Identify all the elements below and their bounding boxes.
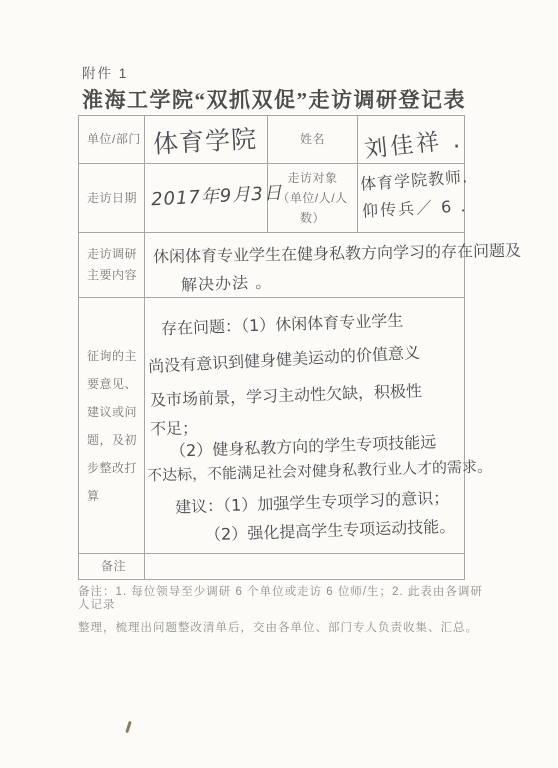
- registration-table: 单位/部门 体育学院 姓名 刘佳祥 . 走访日期 2017年9月3日 走访对象 …: [78, 115, 465, 580]
- table-row: 征询的主要意见、建议或问题，及初步整改打算 存在问题：（1）休闲体育专业学生 尚…: [79, 298, 465, 554]
- scanned-form-page: 附件 1 淮海工学院“双抓双促”走访调研登记表 单位/部门 体育学院 姓名 刘佳…: [0, 0, 558, 768]
- form-title: 淮海工学院“双抓双促”走访调研登记表: [76, 84, 472, 114]
- ink-speck: [125, 721, 132, 733]
- opinion-line: 不足；: [150, 416, 198, 440]
- opinion-line: （2）健身私教方向的学生专项技能远: [170, 429, 437, 461]
- opinion-line: 及市场前景，学习主动性欠缺，积极性: [150, 378, 423, 410]
- name-value-handwriting: 刘佳祥 .: [363, 121, 465, 164]
- content-value-line2: 解决办法 。: [181, 269, 273, 295]
- unit-value-cell: 体育学院: [145, 116, 268, 164]
- opinion-line: 存在问题：（1）休闲体育专业学生: [161, 308, 404, 339]
- footnote-line2: 整理，梳理出问题整改清单后，交由各单位、部门专人负责收集、汇总。: [78, 622, 490, 635]
- table-row: 走访日期 2017年9月3日 走访对象 （单位/人/人数） 体育学院教师. 仰传…: [79, 164, 465, 233]
- name-value-cell: 刘佳祥 .: [358, 116, 465, 164]
- unit-label: 单位/部门: [79, 116, 145, 164]
- target-label-sub: （单位/人/人数）: [277, 191, 347, 225]
- content-label: 走访调研主要内容: [79, 233, 145, 298]
- date-value-handwriting: 2017年9月3日: [150, 179, 283, 212]
- date-value-cell: 2017年9月3日: [145, 164, 268, 233]
- table-row: 单位/部门 体育学院 姓名 刘佳祥 .: [79, 116, 465, 164]
- target-label-main: 走访对象: [287, 171, 337, 185]
- remark-value-cell: [145, 554, 465, 580]
- opinion-label: 征询的主要意见、建议或问题，及初步整改打算: [79, 298, 145, 554]
- target-value-line1: 体育学院教师.: [359, 164, 468, 194]
- opinion-line: （2）强化提高学生专项运动技能。: [205, 514, 456, 546]
- content-value-line1: 休闲体育专业学生在健身私教方向学习的存在问题及: [153, 238, 521, 267]
- target-value-cell: 体育学院教师. 仰传兵／ 6 .: [358, 164, 465, 233]
- target-label: 走访对象 （单位/人/人数）: [268, 164, 358, 233]
- content-value-cell: 休闲体育专业学生在健身私教方向学习的存在问题及 解决办法 。: [145, 233, 465, 298]
- table-row: 备注: [79, 554, 465, 580]
- footnote-line1: 备注：1. 每位领导至少调研 6 个单位或走访 6 位师/生；2. 此表由各调研…: [78, 586, 490, 612]
- opinion-line: 尚没有意识到健身健美运动的价值意义: [148, 340, 421, 377]
- table-row: 走访调研主要内容 休闲体育专业学生在健身私教方向学习的存在问题及 解决办法 。: [79, 233, 465, 298]
- target-value-line2: 仰传兵／ 6 .: [361, 193, 468, 221]
- name-label: 姓名: [268, 116, 358, 164]
- date-label: 走访日期: [79, 164, 145, 233]
- unit-value-handwriting: 体育学院: [152, 119, 258, 160]
- attachment-label: 附件 1: [82, 62, 128, 82]
- opinion-value-cell: 存在问题：（1）休闲体育专业学生 尚没有意识到健身健美运动的价值意义 及市场前景…: [145, 298, 465, 554]
- opinion-line: 建议：（1）加强学生专项学习的意识；: [175, 485, 450, 518]
- footnote: 备注：1. 每位领导至少调研 6 个单位或走访 6 位师/生；2. 此表由各调研…: [78, 586, 490, 645]
- remark-label: 备注: [79, 554, 145, 580]
